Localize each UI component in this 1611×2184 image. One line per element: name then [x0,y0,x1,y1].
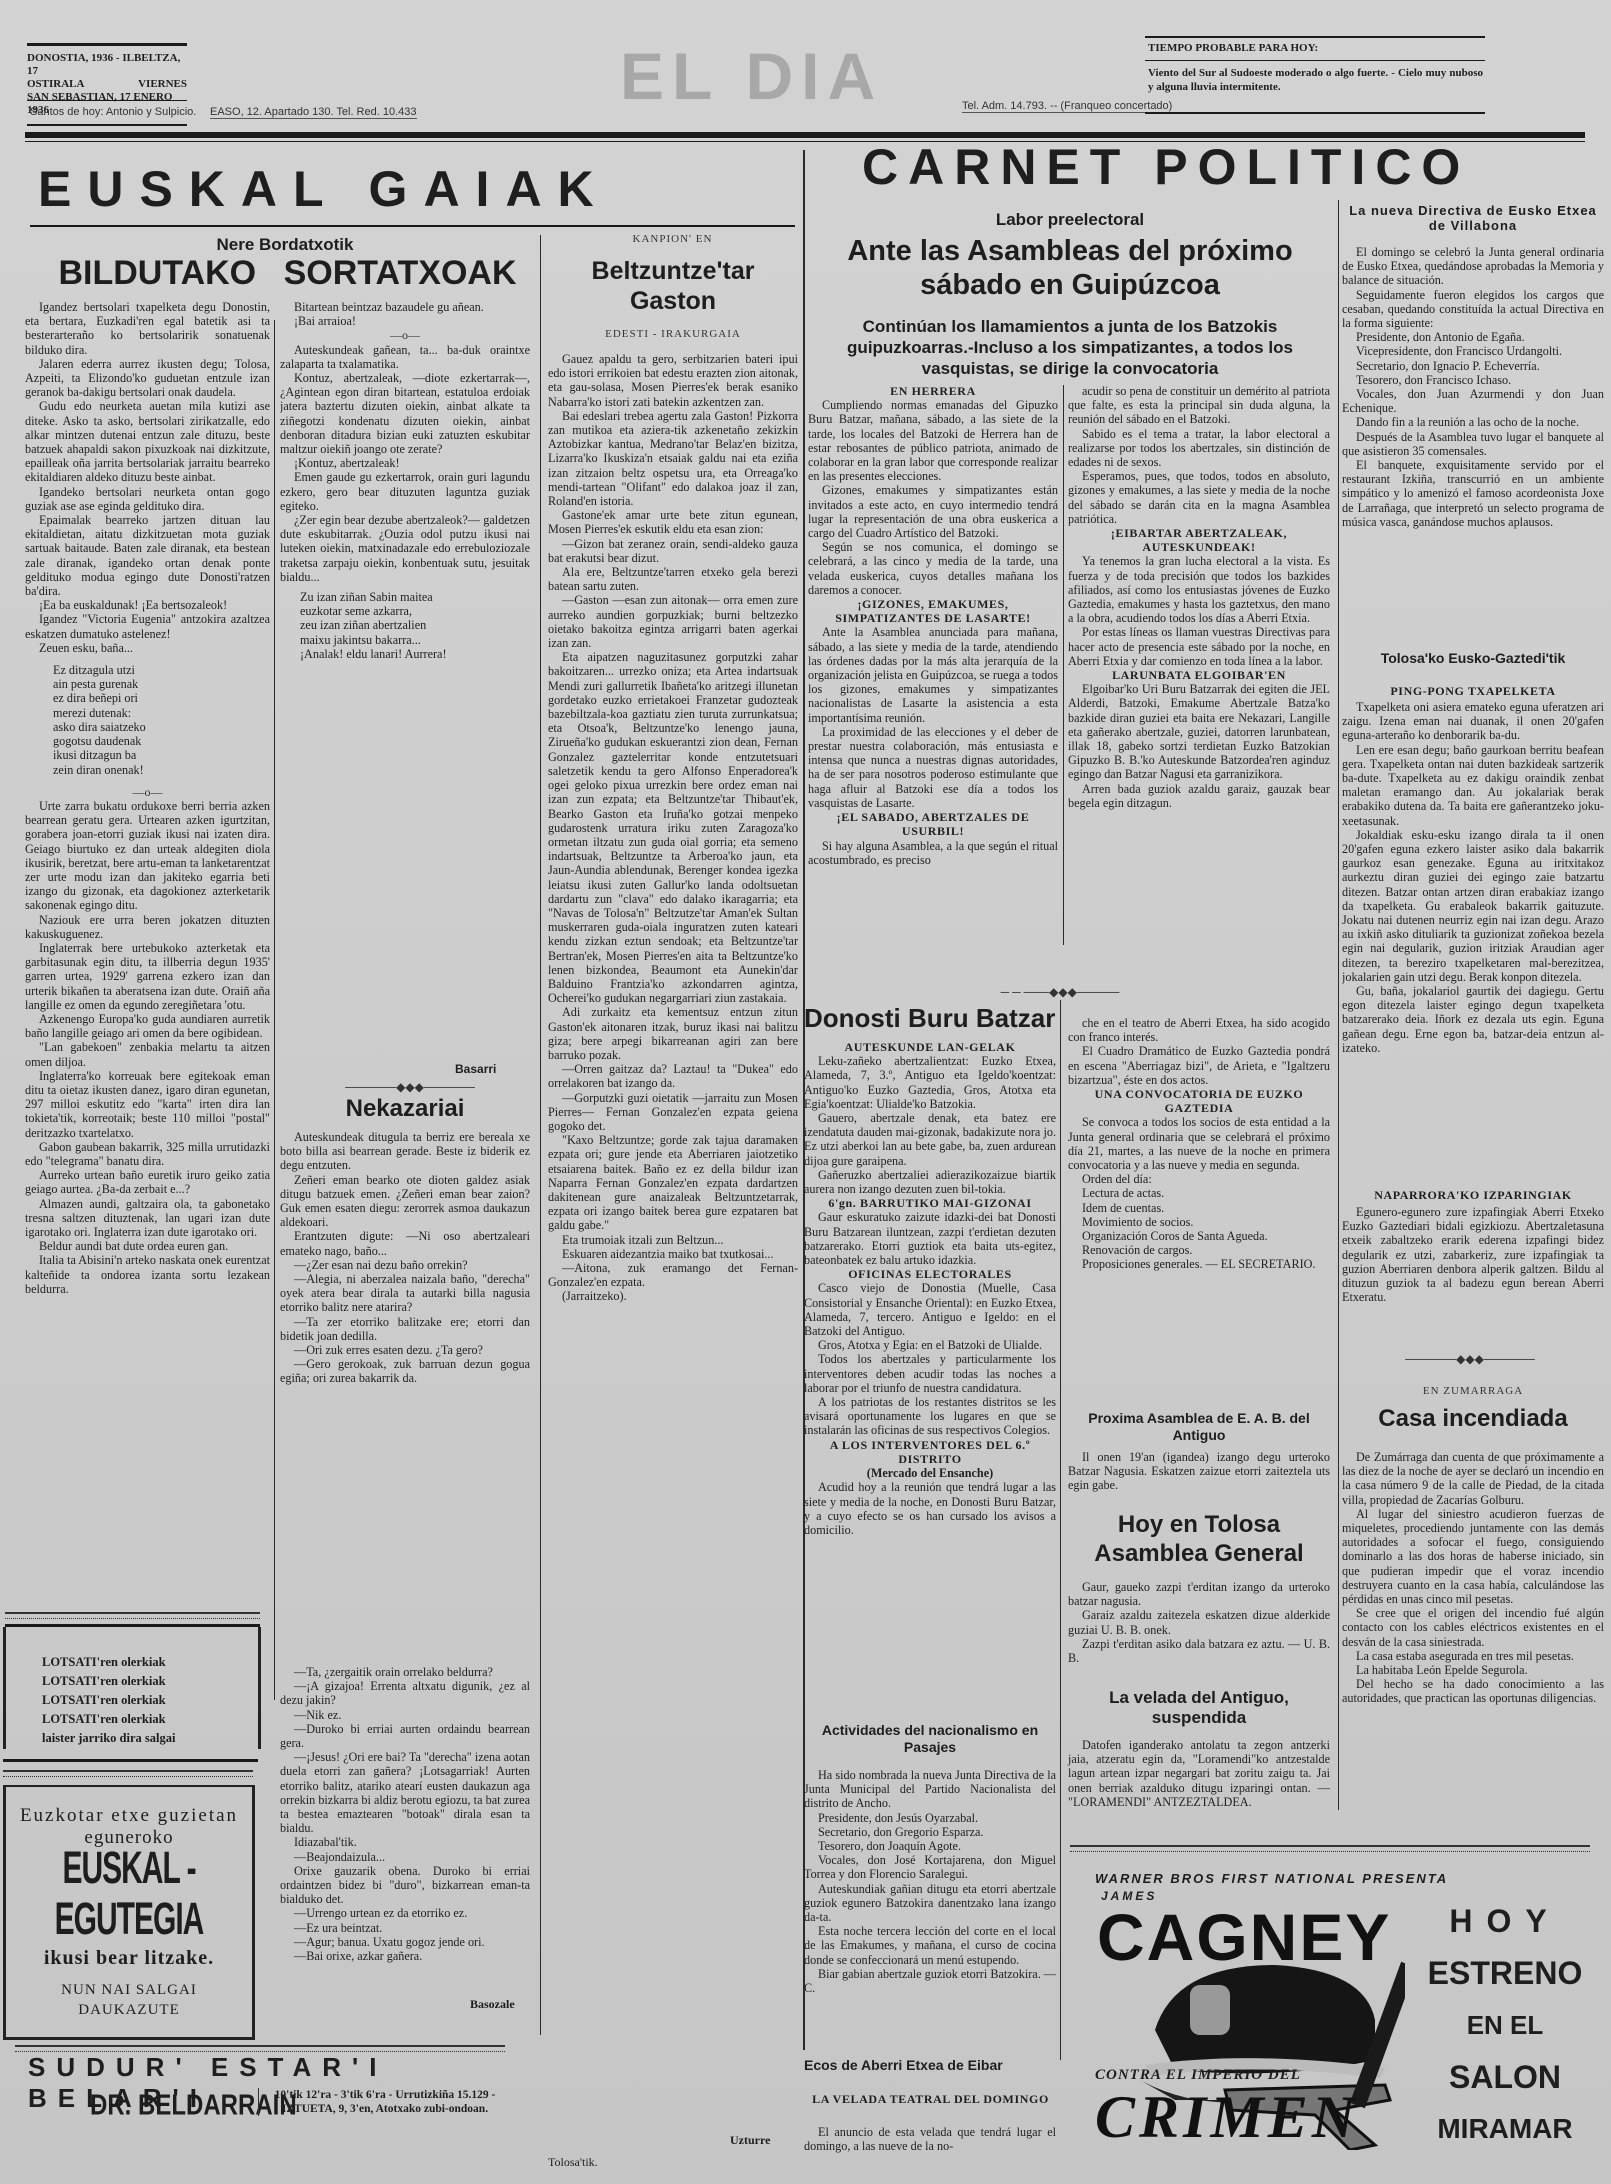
ornament-divider: ──────◆◆◆────── [1350,1352,1590,1367]
paragraph: Urte zarra bukatu ordukoxe berri berria … [25,799,270,913]
paragraph: El Cuadro Dramático de Euzko Gaztedia po… [1068,1044,1330,1087]
paragraph: Kontuz, abertzaleak, —diote ezkertarrak—… [280,371,530,456]
paragraph: Zazpi t'erditan asiko dala batzara ez az… [1068,1637,1330,1665]
article-subhead: NAPARRORA'KO IZPARINGIAK [1342,1188,1604,1203]
article-title-tolosa: Hoy en Tolosa Asamblea General [1068,1510,1330,1568]
paragraph: Gastone'ek amar urte bete zitun egunean,… [548,508,798,536]
article-kicker: Labor preelectoral [810,210,1330,230]
paragraph: El banquete, exquisitamente servido por … [1342,458,1604,529]
paragraph: acudir so pena de constituir un demérito… [1068,384,1330,427]
list-line: Lectura de actas. [1068,1186,1330,1200]
article-title-nekazariai: Nekazariai [280,1095,530,1123]
wavy-rule [1070,1845,1590,1852]
article-kicker: EN ZUMARRAGA [1342,1385,1604,1397]
poem: Ez ditzagula utziain pesta gurenakez dir… [53,663,270,777]
column-divider [1338,200,1339,1810]
poem-line: merezi dutenak: [53,706,270,720]
section-subhead: AUTESKUNDE LAN-GELAK [804,1040,1056,1054]
ornament-divider: ──────◆◆◆────── [290,1080,530,1095]
paragraph: Txapelketa oni asiera emateko eguna ufer… [1342,700,1604,743]
paragraph: A los patriotas de los restantes distrit… [804,1395,1056,1438]
nekazariai-continued: —Ta, ¿zergaitik orain orrelako beldurra?… [280,1665,530,2025]
paragraph: Eskuaren aidezantzia maiko bat txutkosai… [548,1247,798,1261]
paragraph: Presidente, don Antonio de Egaña. [1342,330,1604,344]
ad-showing-info: HOY ESTRENO EN EL SALON MIRAMAR [1415,1895,1595,2155]
section-subhead: OFICINAS ELECTORALES [804,1267,1056,1281]
ad-line: LOTSATI'ren olerkiak [42,1710,258,1729]
article-title-bildutako: BILDUTAKO SORTATXOAK [30,254,545,293]
paragraph: La habitaba León Epelde Segurola. [1342,1663,1604,1677]
egutegia-ad: Euzkotar etxe guzietan eguneroko EUSKAL … [3,1785,255,2040]
ad-text: MIRAMAR [1415,2103,1595,2155]
paragraph: Dando fin a la reunión a las ocho de la … [1342,415,1604,429]
section-euskal-gaiak: EUSKAL GAIAK [38,160,788,218]
list-line: Proposiciones generales. — EL SECRETARIO… [1068,1257,1330,1271]
paragraph: —¡Jesus! ¿Ori ere bai? Ta "derecha" izen… [280,1750,530,1835]
ad-text: ESTRENO [1415,1947,1595,1999]
paragraph: "Kaxo Beltzuntze; gorde zak tajua darama… [548,1133,798,1232]
paragraph: —Bai orixe, azkar gañera. [280,1949,530,1963]
article-title-donosti: Donosti Buru Batzar [804,1003,1059,1034]
paragraph: Gu, baña, jokalariol gaurtik dei dagiegu… [1342,984,1604,1055]
paragraph: Seguidamente fueron elegidos los cargos … [1342,288,1604,331]
list-line: Organización Coros de Santa Agueda. [1068,1229,1330,1243]
paragraph: Jokaldiak esku-esku izango dirala ta il … [1342,828,1604,984]
date-rule-bottom [27,124,187,126]
ad-title-egutegia: EUSKAL - EGUTEGIA [6,1844,252,1946]
paragraph: Presidente, don Jesús Oyarzabal. [804,1811,1056,1825]
weather-rule [1145,36,1485,38]
paragraph: Emen gaude gu ezkertarrok, orain guri la… [280,470,530,513]
paragraph: ¡Bai arraioa! [280,314,530,328]
donosti-col2: che en el teatro de Aberri Etxea, ha sid… [1068,1016,1330,1406]
paragraph: —Ta zer etorriko balitzake ere; etorri d… [280,1315,530,1343]
paragraph: Gizones, emakumes y simpatizantes están … [808,483,1058,540]
paragraph: Por estas líneas os llaman vuestras Dire… [1068,625,1330,668]
paragraph: Bitartean beintzaz bazaudele gu añean. [280,300,530,314]
paragraph: Igandeko bertsolari neurketa ontan gogo … [25,485,270,513]
paragraph: Vocales, don Juan Azurmendi y don Juan E… [1342,387,1604,415]
ad-film-title: CRIMEN [1095,2083,1359,2152]
saints-of-day: Santos de hoy: Antonio y Sulpicio. [30,106,196,118]
paragraph: —Orren gaitzaz da? Laztau! ta "Dukea" ed… [548,1062,798,1090]
ad-text: NUN NAI SALGAI DAUKAZUTE [36,1980,222,2020]
paragraph: —Gero gerokoak, zuk barruan dezun gogua … [280,1357,530,1385]
ad-separator [3,1759,258,1762]
list-line: Idem de cuentas. [1068,1201,1330,1215]
article-subkicker: EDESTI - IRAKURGAIA [548,328,798,340]
ad-line: laister jarriko dira salgai [42,1729,258,1748]
column-divider [540,235,541,2035]
paragraph: Gauero, abertzale denak, eta batez ere i… [804,1111,1056,1168]
paragraph: Egunero-egunero zure izpafingiak Aberri … [1342,1205,1604,1304]
paragraph: Vicepresidente, don Francisco Urdangolti… [1342,344,1604,358]
paragraph: Beldur aundi bat dute ordea euren gan. [25,1239,270,1253]
paragraph: —¿Zer esan nai dezu baño orrekin? [280,1258,530,1272]
paragraph: Eta trumoiak itzali zun Beltzun... [548,1233,798,1247]
paragraph: Biar gabian abertzale guziok etorri Batz… [804,1967,1056,1995]
wavy-rule [3,1770,253,1777]
poem-line: zeu izan ziñan abertzalien [300,618,530,632]
paragraph: —Aitona, zuk eramango det Fernan-Gonzale… [548,1261,798,1289]
section-rule-left [30,225,795,227]
author-basozale: Basozale [470,1997,515,2012]
tolosa-body: Gaur, gaueko zazpi t'erditan izango da u… [1068,1580,1330,1665]
pingpong-body-2: Egunero-egunero zure izpafingiak Aberri … [1342,1205,1604,1335]
paragraph: —Ez ura beintzat. [280,1921,530,1935]
paragraph: Ante la Asamblea anunciada para mañana, … [808,625,1058,724]
paragraph: Tesorero, don Joaquín Agote. [804,1839,1056,1853]
paragraph: Naziouk ere urra beren jokatzen dituzten… [25,913,270,941]
article-subhead: LA VELADA TEATRAL DEL DOMINGO [808,2092,1053,2107]
section-subhead: ¡EIBARTAR ABERTZALEAK, AUTESKUNDEAK! [1068,526,1330,554]
paragraph: ¿Zer egin bear dezube abertzaleok?— gald… [280,513,530,584]
paragraph: Si hay alguna Asamblea, a la que según e… [808,839,1058,867]
section-carnet-politico: CARNET POLITICO [862,138,1582,196]
paragraph: Auteskundeak gañean, ta... ba-duk oraint… [280,343,530,371]
paragraph: —Alegia, ni aberzalea naizala baño, "der… [280,1272,530,1315]
paragraph: Gabon gaubean bakarrik, 325 milla urruti… [25,1140,270,1168]
address: EASO, 12. Apartado 130. Tel. Red. 10.433 [210,106,417,119]
paragraph: Epaimalak bearreko jartzen dituan lau ek… [25,513,270,598]
weather-rule-bottom [1145,112,1485,114]
article-title-gaston: Beltzuntze'tar Gaston [548,256,798,316]
article-subhead: PING-PONG TXAPELKETA [1342,684,1604,699]
paragraph: Ala ere, Beltzuntze'tarren etxeko gela b… [548,565,798,593]
paragraph: —Gizon bat zeranez orain, sendi-aldeko g… [548,537,798,565]
poem-line: maixu jakintsu bakarra... [300,633,530,647]
article-kicker: Nere Bordatxotik [30,235,540,255]
paragraph: Italia ta Abisini'n arteko naskata onek … [25,1253,270,1296]
paragraph: Aurreko urtean baño euretik iruro geiko … [25,1168,270,1196]
paragraph: —Agur; banua. Uxatu gogoz jende ori. [280,1935,530,1949]
paragraph: Sabido es el tema a tratar, la labor ele… [1068,427,1330,470]
paragraph: Al lugar del siniestro acudieron fuerzas… [1342,1507,1604,1606]
ad-line: LOTSATI'ren olerkiak [42,1653,258,1672]
wavy-rule [5,1612,260,1619]
paragraph: Casco viejo de Donostia (Muelle, Casa Co… [804,1281,1056,1338]
paragraph: Zeuen esku, baña... [25,641,270,655]
article-title-velada: La velada del Antiguo, suspendida [1068,1688,1330,1728]
paragraph: ¡Kontuz, abertzaleak! [280,456,530,470]
paragraph: Gros, Atotxa y Egia: en el Batzoki de Ul… [804,1338,1056,1352]
paragraph: "Lan gabekoen" zenbakia melartu ta aitze… [25,1040,270,1068]
paragraph: Eta aipatzen naguzitasunez gorputzki zah… [548,650,798,1005]
author-uzturre: Uzturre [730,2133,770,2148]
paragraph: Inglaterrak bere urtebukoko azterketak e… [25,941,270,1012]
newspaper-title: EL DIA [620,38,883,114]
paragraph: Se cree que el origen del incendio fué a… [1342,1606,1604,1649]
paragraph: ¡Ea ba euskaldunak! ¡Ea bertsozaleok! [25,598,270,612]
paragraph: Esperamos, pues, que todos, todos en abs… [1068,469,1330,526]
poem-line: ikusi ditzagun ba [53,748,270,762]
paragraph: Erantzuten digute: —Ni oso abertzaleari … [280,1229,530,1257]
ad-text: Euzkotar etxe guzietan [6,1805,252,1827]
lotsati-ad: LOTSATI'ren olerkiak LOTSATI'ren olerkia… [3,1627,261,1749]
ad-line: LOTSATI'ren olerkiak [42,1691,258,1710]
velada-body: Datofen iganderako antolatu ta zegon ant… [1068,1738,1330,1809]
paragraph: Gaur, gaueko zazpi t'erditan izango da u… [1068,1580,1330,1608]
article-deck: Continúan los llamamientos a junta de lo… [810,316,1330,379]
paragraph: Inglaterra'ko korreuak bere egitekoak em… [25,1069,270,1140]
column-divider [274,320,275,1700]
author-basarri: Basarri [455,1062,496,1076]
paragraph: che en el teatro de Aberri Etxea, ha sid… [1068,1016,1330,1044]
eibar-body: El anuncio de esta velada que tendrá lug… [804,2125,1056,2153]
paragraph: Tesorero, don Francisco Ichaso. [1342,373,1604,387]
wavy-rule [15,2045,505,2052]
list-line: Renovación de cargos. [1068,1243,1330,1257]
poem-line: ain pesta gurenak [53,677,270,691]
paragraph: Bai edeslari trebea agertu zala Gaston! … [548,409,798,508]
pasajes-body: Ha sido nombrada la nueva Junta Directiv… [804,1768,1056,1996]
paragraph: La proximidad de las elecciones y el deb… [808,725,1058,810]
paragraph: Arren bada guziok azaldu garaiz, gauzak … [1068,782,1330,810]
paragraph: Gudu edo neurketa auetan mila kutizi ase… [25,399,270,484]
paragraph: Auteskundeak ditugula ta berriz ere bere… [280,1130,530,1173]
paragraph: Orixe gauzarik obena. Duroko bi erriai o… [280,1864,530,1907]
poem-line: Ez ditzagula utzi [53,663,270,677]
list-line: Orden del día: [1068,1172,1330,1186]
article-title-eibar: Ecos de Aberri Etxea de Eibar [804,2057,1059,2073]
weekday-basque: OSTIRALA [27,78,84,91]
paragraph: Elgoibar'ko Uri Buru Batzarrak dei egite… [1068,682,1330,781]
paragraph: Len ere esan degu; baño gaurkoan berritu… [1342,743,1604,828]
poem-line: ¡Analak! eldu lanari! Aurrera! [300,647,530,661]
paragraph: Secretario, don Gregorio Esparza. [804,1825,1056,1839]
article-title-asambleas: Ante las Asambleas del próximo sábado en… [810,234,1330,302]
asambleas-col1: EN HERRERACumpliendo normas emanadas del… [808,384,1058,934]
section-subhead: A LOS INTERVENTORES DEL 6.º DISTRITO [804,1438,1056,1466]
weather-forecast: Viento del Sur al Sudoeste moderado o al… [1148,66,1483,94]
section-subhead: ¡GIZONES, EMAKUMES, SIMPATIZANTES DE LAS… [808,597,1058,625]
paragraph: —Duroko bi erriai aurten ordaindu bearre… [280,1722,530,1750]
article-title-pingpong: Tolosa'ko Eusko-Gaztedi'tik [1342,650,1604,666]
paragraph: Según se nos comunica, el domingo se cel… [808,540,1058,597]
article-title-zumarraga: Casa incendiada [1342,1405,1604,1433]
paragraph: Cumpliendo normas emanadas del Gipuzko B… [808,398,1058,483]
caption: (Mercado del Ensanche) [804,1466,1056,1480]
paragraph: (Jarraitzeko). [548,1289,798,1303]
paragraph: —Ta, ¿zergaitik orain orrelako beldurra? [280,1665,530,1679]
paragraph: —Ori zuk erres esaten dezu. ¿Ta gero? [280,1343,530,1357]
paragraph: Ha sido nombrada la nueva Junta Directiv… [804,1768,1056,1811]
villabona-body: El domingo se celebró la Junta general o… [1342,245,1604,625]
list-line: Movimiento de socios. [1068,1215,1330,1229]
paragraph: —¡A gizajoa! Errenta altxatu digunik, ¿e… [280,1679,530,1707]
ad-subtitle: CONTRA EL IMPERIO DEL [1095,2067,1301,2084]
ad-text: SALON [1415,2051,1595,2103]
asambleas-col2: acudir so pena de constituir un demérito… [1068,384,1330,934]
article-title-villabona: La nueva Directiva de Eusko Etxea de Vil… [1342,203,1604,233]
poem-line: asko dira saiatzeko [53,720,270,734]
paragraph: Auteskundiak gañian ditugu eta etorri ab… [804,1882,1056,1925]
paragraph: Igandez bertsolari txapelketa degu Donos… [25,300,270,357]
section-subhead: ¡EL SABADO, ABERTZALES DE USURBIL! [808,810,1058,838]
weather-rule-mid [1145,60,1485,61]
gaston-body: Gauez apaldu ta gero, serbitzarien bater… [548,352,798,2047]
section-subhead: 6'gn. BARRUTIKO MAI-GIZONAI [804,1196,1056,1210]
pingpong-body: Txapelketa oni asiera emateko eguna ufer… [1342,700,1604,1205]
poem-line: gogotsu daudenak [53,734,270,748]
newspaper-page: DONOSTIA, 1936 - ILBELTZA, 17 OSTIRALA V… [0,0,1611,2184]
paragraph: Datofen iganderako antolatu ta zegon ant… [1068,1738,1330,1809]
admin-telephone: Tel. Adm. 14.793. -- (Franqueo concertad… [962,100,1172,113]
paragraph: Igandez "Victoria Eugenia" antzokira aza… [25,612,270,640]
paragraph: Adi zurkaitz eta kementsuz entzun zitun … [548,1005,798,1062]
separator: —o— [25,785,270,799]
paragraph: Gaur eskuratuko zaizute idazki-dei bat D… [804,1210,1056,1267]
paragraph: Leku-zañeko abertzalientzat: Euzko Etxea… [804,1054,1056,1111]
paragraph: Gauez apaldu ta gero, serbitzarien bater… [548,352,798,409]
article-body-col1: Igandez bertsolari txapelketa degu Donos… [25,300,270,1650]
paragraph: Ya tenemos la gran lucha electoral a la … [1068,554,1330,625]
ad-text: ikusi bear litzake. [6,1947,252,1970]
paragraph: Después de la Asamblea tuvo lugar el ban… [1342,430,1604,458]
paragraph: Zeñeri eman bearko ote dioten galdez asi… [280,1173,530,1230]
section-subhead: UNA CONVOCATORIA DE EUZKO GAZTEDIA [1068,1087,1330,1115]
ad-line: LOTSATI'ren olerkiak [42,1672,258,1691]
article-footer: Tolosa'tik. [548,2155,598,2170]
poem: Zu izan ziñan Sabin maiteaeuzkotar seme … [300,590,530,661]
section-subhead: EN HERRERA [808,384,1058,398]
section-subhead: LARUNBATA ELGOIBAR'EN [1068,668,1330,682]
date-basque: DONOSTIA, 1936 - ILBELTZA, 17 [27,52,187,78]
paragraph: Todos los abertzales y particularmente l… [804,1352,1056,1395]
top-rule [27,43,187,46]
paragraph: —Gaston —esan zun aitonak— orra emen zur… [548,593,798,650]
weekday-spanish: VIERNES [138,78,187,91]
separator: —o— [280,328,530,342]
date-rule [27,100,187,101]
poem-line: Zu izan ziñan Sabin maitea [300,590,530,604]
paragraph: Del hecho se ha dado conocimiento a las … [1342,1677,1604,1705]
paragraph: Secretario, don Ignacio P. Echeverría. [1342,359,1604,373]
paragraph: Garaiz azaldu zaitezela eskatzen dizue a… [1068,1608,1330,1636]
column-divider [1063,385,1064,945]
ad-presents: WARNER BROS FIRST NATIONAL PRESENTA [1095,1871,1448,1886]
antiguo-eab-body: Il onen 19'an (igandea) izango degu urte… [1068,1450,1330,1493]
column-divider [1060,1000,1061,2060]
paragraph: —Nik ez. [280,1708,530,1722]
ornament-divider: ─ ─ ───◆◆◆───── [950,985,1170,1000]
ad-text: HOY [1415,1895,1595,1947]
paragraph: Se convoca a todos los socios de esta en… [1068,1115,1330,1172]
paragraph: —Gorputzki guzi oietatik —jarraitu zun M… [548,1091,798,1134]
paragraph: Esta noche tercera lección del corte en … [804,1924,1056,1967]
zumarraga-body: De Zumárraga dan cuenta de que próximame… [1342,1450,1604,1830]
paragraph: Azkenengo Europa'ko guda aundiaren aurre… [25,1012,270,1040]
cinema-ad: WARNER BROS FIRST NATIONAL PRESENTA JAME… [1065,1855,1605,2175]
article-kicker: KANPION' EN [545,233,800,245]
paragraph: La casa estaba asegurada en tres mil pes… [1342,1649,1604,1663]
paragraph: —Beajondaizula... [280,1850,530,1864]
paragraph: El domingo se celebró la Junta general o… [1342,245,1604,288]
paragraph: De Zumárraga dan cuenta de que próximame… [1342,1450,1604,1507]
donosti-col1: AUTESKUNDE LAN-GELAKLeku-zañeko abertzal… [804,1040,1056,1610]
article-body-col2: Bitartean beintzaz bazaudele gu añean.¡B… [280,300,530,1040]
poem-line: zein diran onenak! [53,763,270,777]
paragraph: Il onen 19'an (igandea) izango degu urte… [1068,1450,1330,1493]
article-title-antiguo-eab: Proxima Asamblea de E. A. B. del Antiguo [1068,1410,1330,1444]
paragraph: Almazen aundi, galtzaira ola, ta gabonet… [25,1197,270,1240]
paragraph: Acudid hoy a la reunión que tendrá lugar… [804,1480,1056,1537]
paragraph: Vocales, don José Kortajarena, don Migue… [804,1853,1056,1881]
ad-doctor-info: 10'tik 12'ra - 3'tik 6'ra - Urrutizkiña … [258,2088,505,2116]
ad-text: EN EL [1415,1999,1595,2051]
paragraph: Jalaren ederra aurrez ikusten degu; Tolo… [25,357,270,400]
paragraph: —Urrengo urtean ez da etorriko ez. [280,1906,530,1920]
paragraph: Idiazabal'tik. [280,1835,530,1849]
nekazariai-body: Auteskundeak ditugula ta berriz ere bere… [280,1130,530,1655]
poem-line: euzkotar seme azkarra, [300,604,530,618]
weather-title: TIEMPO PROBABLE PARA HOY: [1148,42,1318,55]
paragraph: El anuncio de esta velada que tendrá lug… [804,2125,1056,2153]
poem-line: ez dira beñepi ori [53,691,270,705]
paragraph: Gañeruzko abertzaliei adierazikozaizue b… [804,1168,1056,1196]
article-title-pasajes: Actividades del nacionalismo en Pasajes [804,1722,1056,1756]
